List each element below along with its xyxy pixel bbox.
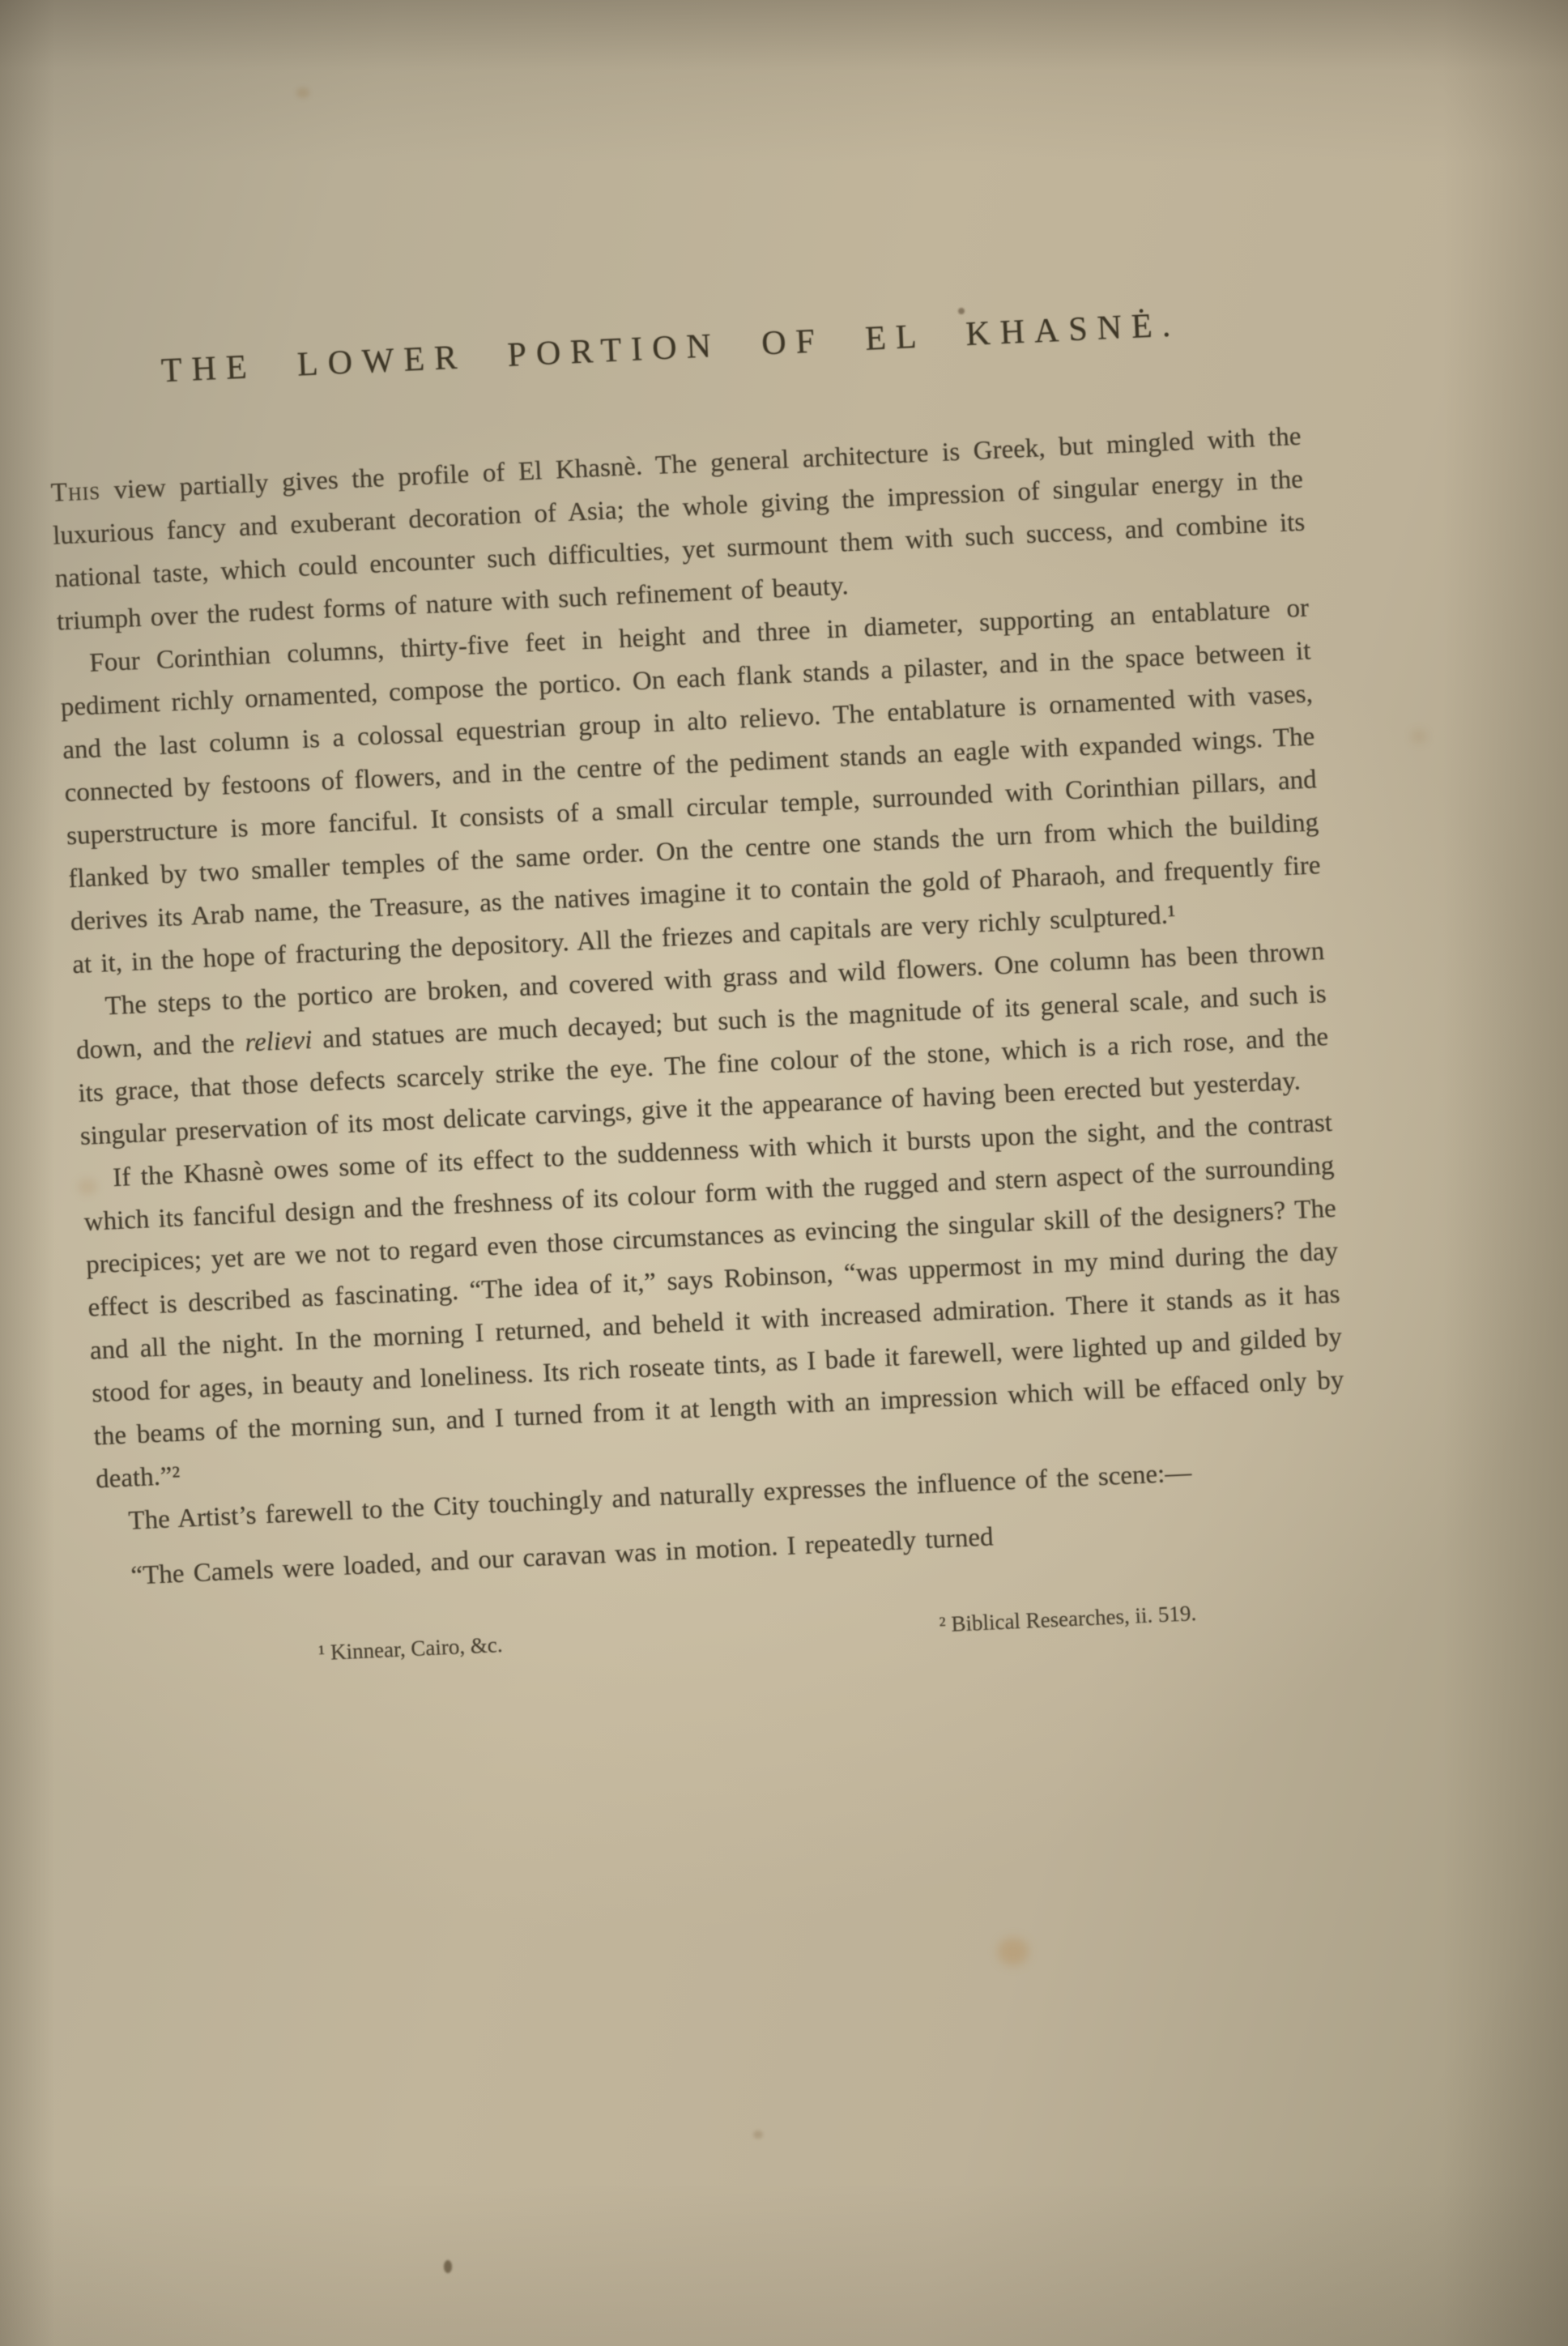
footnotes-row: ¹ Kinnear, Cairo, &c. ² Biblical Researc… xyxy=(104,1589,1355,1678)
scanned-book-page-photo: THE LOWER PORTION OF EL KHASNĖ. This vie… xyxy=(0,0,1568,2346)
body-paragraph-2: Four Corinthian columns, thirty-five fee… xyxy=(58,587,1323,987)
page-stain xyxy=(296,87,309,98)
body-paragraph-4: If the Khasnè owes some of its effect to… xyxy=(81,1102,1347,1502)
body-text: This view partially gives the profile of… xyxy=(50,416,1352,1600)
page-text-block: THE LOWER PORTION OF EL KHASNĖ. This vie… xyxy=(45,296,1355,1678)
footnote-2: ² Biblical Researches, ii. 519. xyxy=(939,1597,1197,1640)
footnote-1: ¹ Kinnear, Cairo, &c. xyxy=(317,1628,503,1669)
page-stain xyxy=(753,2131,763,2139)
page-title: THE LOWER PORTION OF EL KHASNĖ. xyxy=(45,296,1297,401)
ink-speck xyxy=(444,2260,452,2273)
page-stain xyxy=(1411,729,1427,744)
foxing-spot xyxy=(998,1938,1029,1965)
